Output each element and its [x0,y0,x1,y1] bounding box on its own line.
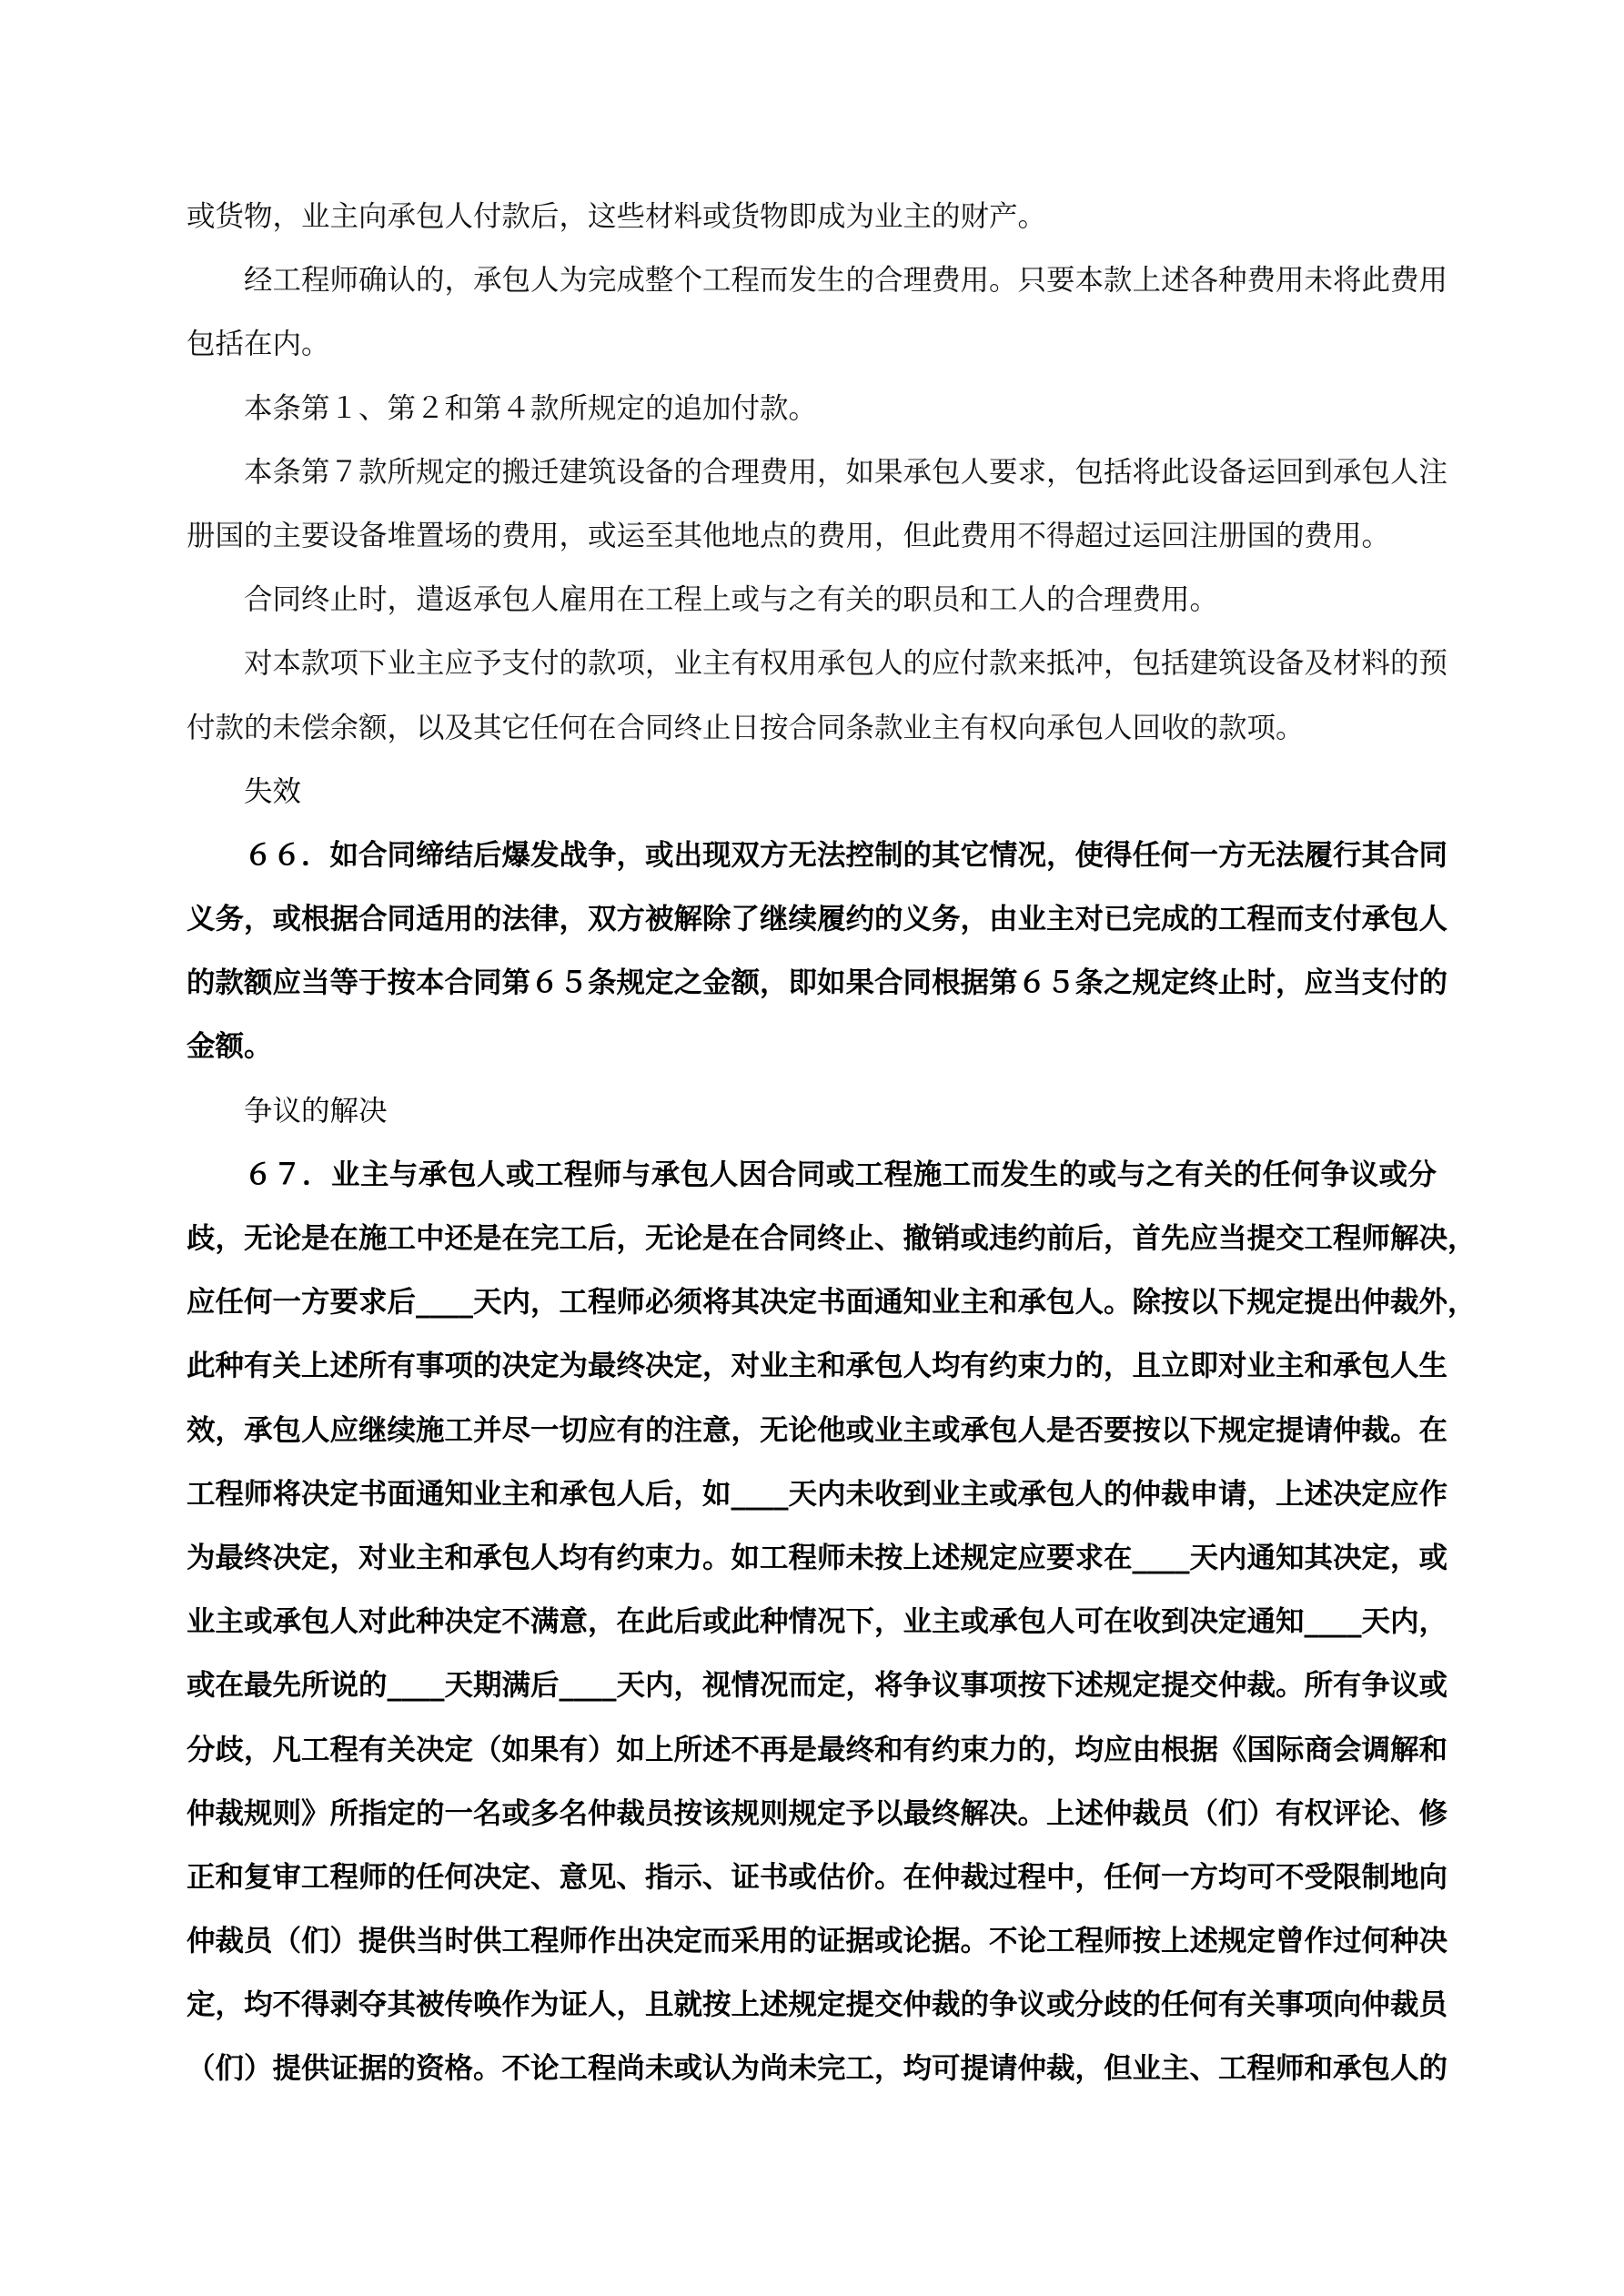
text-line: 付款的未偿余额，以及其它任何在合同终止日按合同条款业主有权向承包人回收的款项。 [187,705,1437,769]
text-line: 争议的解决 [187,1088,1437,1152]
text-line: （们）提供证据的资格。不论工程尚未或认为尚未完工，均可提请仲裁，但业主、工程师和… [187,2046,1437,2109]
body-paragraph: 经工程师确认的，承包人为完成整个工程而发生的合理费用。只要本款上述各种费用未将此… [187,258,1437,385]
text-line: 的款额应当等于按本合同第６５条规定之金额，即如果合同根据第６５条之规定终止时，应… [187,960,1437,1024]
document-page: 或货物，业主向承包人付款后，这些材料或货物即成为业主的财产。经工程师确认的，承包… [187,194,1437,2110]
text-line: 效，承包人应继续施工并尽一切应有的注意，无论他或业主或承包人是否要按以下规定提请… [187,1408,1437,1472]
body-paragraph: 本条第１、第２和第４款所规定的追加付款。 [187,386,1437,450]
text-line: ６６．如合同缔结后爆发战争，或出现双方无法控制的其它情况，使得任何一方无法履行其… [187,833,1437,896]
text-line: 合同终止时，遣返承包人雇用在工程上或与之有关的职员和工人的合理费用。 [187,577,1437,641]
text-line: 本条第７款所规定的搬迁建筑设备的合理费用，如果承包人要求，包括将此设备运回到承包… [187,450,1437,513]
text-line: 金额。 [187,1024,1437,1087]
text-line: 失效 [187,769,1437,833]
text-line: 对本款项下业主应予支付的款项，业主有权用承包人的应付款来抵冲，包括建筑设备及材料… [187,641,1437,704]
text-line: 分歧，凡工程有关决定（如果有）如上所述不再是最终和有约束力的，均应由根据《国际商… [187,1727,1437,1791]
text-line: 本条第１、第２和第４款所规定的追加付款。 [187,386,1437,450]
text-line: 或货物，业主向承包人付款后，这些材料或货物即成为业主的财产。 [187,194,1437,258]
text-line: 业主或承包人对此种决定不满意，在此后或此种情况下，业主或承包人可在收到决定通知_… [187,1599,1437,1663]
body-paragraph: 本条第７款所规定的搬迁建筑设备的合理费用，如果承包人要求，包括将此设备运回到承包… [187,450,1437,577]
text-line: 义务，或根据合同适用的法律，双方被解除了继续履约的义务，由业主对已完成的工程而支… [187,896,1437,960]
text-line: 工程师将决定书面通知业主和承包人后，如____天内未收到业主或承包人的仲裁申请，… [187,1472,1437,1535]
text-line: ６７．业主与承包人或工程师与承包人因合同或工程施工而发生的或与之有关的任何争议或… [187,1152,1437,1216]
section-heading: 争议的解决 [187,1088,1437,1152]
text-line: 正和复审工程师的任何决定、意见、指示、证书或估价。在仲裁过程中，任何一方均可不受… [187,1855,1437,1918]
text-line: 经工程师确认的，承包人为完成整个工程而发生的合理费用。只要本款上述各种费用未将此… [187,258,1437,321]
text-line: 此种有关上述所有事项的决定为最终决定，对业主和承包人均有约束力的，且立即对业主和… [187,1343,1437,1407]
section-heading: 失效 [187,769,1437,833]
text-line: 包括在内。 [187,321,1437,385]
text-line: 或在最先所说的____天期满后____天内，视情况而定，将争议事项按下述规定提交… [187,1663,1437,1726]
clause-paragraph: ６７．业主与承包人或工程师与承包人因合同或工程施工而发生的或与之有关的任何争议或… [187,1152,1437,2110]
text-line: 定，均不得剥夺其被传唤作为证人，且就按上述规定提交仲裁的争议或分歧的任何有关事项… [187,1982,1437,2046]
text-line: 册国的主要设备堆置场的费用，或运至其他地点的费用，但此费用不得超过运回注册国的费… [187,513,1437,577]
clause-paragraph: ６６．如合同缔结后爆发战争，或出现双方无法控制的其它情况，使得任何一方无法履行其… [187,833,1437,1088]
text-line: 歧，无论是在施工中还是在完工后，无论是在合同终止、撤销或违约前后，首先应当提交工… [187,1216,1437,1279]
body-paragraph: 或货物，业主向承包人付款后，这些材料或货物即成为业主的财产。 [187,194,1437,258]
text-line: 为最终决定，对业主和承包人均有约束力。如工程师未按上述规定应要求在____天内通… [187,1535,1437,1599]
body-paragraph: 对本款项下业主应予支付的款项，业主有权用承包人的应付款来抵冲，包括建筑设备及材料… [187,641,1437,768]
text-line: 仲裁规则》所指定的一名或多名仲裁员按该规则规定予以最终解决。上述仲裁员（们）有权… [187,1791,1437,1855]
text-line: 应任何一方要求后____天内，工程师必须将其决定书面通知业主和承包人。除按以下规… [187,1279,1437,1343]
body-paragraph: 合同终止时，遣返承包人雇用在工程上或与之有关的职员和工人的合理费用。 [187,577,1437,641]
text-line: 仲裁员（们）提供当时供工程师作出决定而采用的证据或论据。不论工程师按上述规定曾作… [187,1918,1437,1982]
